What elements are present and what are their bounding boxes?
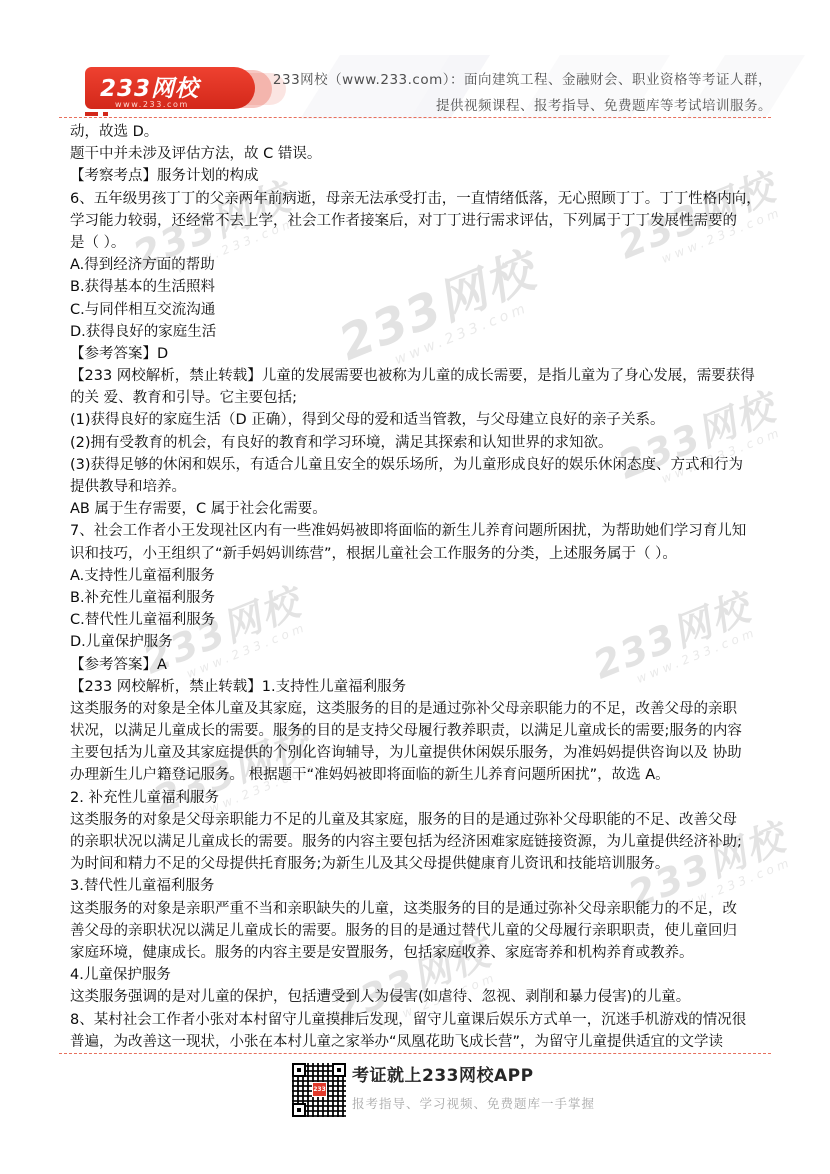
analysis-line: 【233 网校解析，禁止转载】1.支持性儿童福利服务	[70, 676, 775, 698]
analysis-line: 这类服务的对象是父母亲职能力不足的儿童及其家庭，服务的目的是通过弥补父母职能的不…	[70, 809, 775, 831]
analysis-line: 这类服务的对象是亲职严重不当和亲职缺失的儿童，这类服务的目的是通过弥补父母亲职能…	[70, 898, 775, 920]
analysis-line: 状况，以满足儿童成长的需要。服务的目的是支持父母履行教养职责，以满足儿童成长的需…	[70, 720, 775, 742]
option-b: B.获得基本的生活照料	[70, 276, 775, 298]
analysis-line: 3.替代性儿童福利服务	[70, 875, 775, 897]
document-content: 动，故选 D。 题干中并未涉及评估方法，故 C 错误。 【考察考点】服务计划的构…	[70, 121, 775, 1053]
question-8-line: 普遍，为改善这一现状，小张在本村儿童之家举办“凤凰花助飞成长营”，为留守儿童提供…	[70, 1031, 775, 1053]
analysis-line: AB 属于生存需要，C 属于社会化需要。	[70, 498, 775, 520]
question-7-line: 识和技巧，小王组织了“新手妈妈训练营”，根据儿童社会工作服务的分类，上述服务属于…	[70, 543, 775, 565]
option-c: C.与同伴相互交流沟通	[70, 299, 775, 321]
footer-divider	[59, 1053, 771, 1054]
option-a: A.支持性儿童福利服务	[70, 565, 775, 587]
logo-dash	[85, 112, 98, 116]
analysis-line: (2)拥有受教育的机会，有良好的教育和学习环境，满足其探索和认知世界的求知欲。	[70, 432, 775, 454]
brand-logo-text: 233网校	[100, 70, 255, 103]
option-b: B.补充性儿童福利服务	[70, 587, 775, 609]
answer-line: 【参考答案】D	[70, 343, 775, 365]
qr-code: 233	[292, 1063, 346, 1117]
footer-text-block: 考证就上233网校APP 报考指导、学习视频、免费题库一手掌握	[352, 1061, 595, 1112]
analysis-line: 提供教导和培养。	[70, 476, 775, 498]
page-footer: 233 考证就上233网校APP 报考指导、学习视频、免费题库一手掌握	[0, 1055, 830, 1174]
header-tagline: 233网校（www.233.com）：面向建筑工程、金融财会、职业资格等考证人群…	[273, 67, 772, 119]
qr-finder-icon	[332, 1063, 346, 1077]
analysis-line: 的关 爱、教育和引导。它主要包括;	[70, 387, 775, 409]
analysis-line: 为时间和精力不足的父母提供托育服务;为新生儿及其父母提供健康育儿资讯和技能培训服…	[70, 853, 775, 875]
analysis-line: 主要包括为儿童及其家庭提供的个别化咨询辅导，为儿童提供休闲娱乐服务，为准妈妈提供…	[70, 742, 775, 764]
question-6-line: 是（ ）。	[70, 232, 775, 254]
option-c: C.替代性儿童福利服务	[70, 609, 775, 631]
answer-line: 【参考答案】A	[70, 654, 775, 676]
analysis-line: 这类服务强调的是对儿童的保护，包括遭受到人为侵害(如虐待、忽视、剥削和暴力侵害)…	[70, 986, 775, 1008]
analysis-line: 【233 网校解析，禁止转载】儿童的发展需要也被称为儿童的成长需要，是指儿童为了…	[70, 365, 775, 387]
document-page: 233网校 www.233.com 233网校（www.233.com）：面向建…	[0, 0, 830, 1174]
qr-finder-icon	[292, 1063, 306, 1077]
analysis-line: 2. 补充性儿童福利服务	[70, 787, 775, 809]
analysis-line: 家庭环境，健康成长。服务的内容主要是安置服务，包括家庭收养、家庭寄养和机构养育或…	[70, 942, 775, 964]
analysis-line: 4.儿童保护服务	[70, 964, 775, 986]
question-7-line: 7、社会工作者小王发现社区内有一些准妈妈被即将面临的新生儿养育问题所困扰，为帮助…	[70, 520, 775, 542]
page-header: 233网校 www.233.com 233网校（www.233.com）：面向建…	[0, 0, 830, 120]
question-8-line: 8、某村社会工作者小张对本村留守儿童摸排后发现，留守儿童课后娱乐方式单一，沉迷手…	[70, 1009, 775, 1031]
brand-logo-domain: www.233.com	[115, 100, 255, 109]
analysis-line: 办理新生儿户籍登记服务。 根据题干“准妈妈被即将面临的新生儿养育问题所困扰”，故…	[70, 764, 775, 786]
brand-logo: 233网校 www.233.com	[85, 67, 255, 109]
option-d: D.儿童保护服务	[70, 631, 775, 653]
analysis-line: 这类服务的对象是全体儿童及其家庭，这类服务的目的是通过弥补父母亲职能力的不足，改…	[70, 698, 775, 720]
analysis-line: (3)获得足够的休闲和娱乐，有适合儿童且安全的娱乐场所，为儿童形成良好的娱乐休闲…	[70, 454, 775, 476]
option-d: D.获得良好的家庭生活	[70, 321, 775, 343]
logo-dash	[103, 112, 108, 116]
tagline-line-1: 233网校（www.233.com）：面向建筑工程、金融财会、职业资格等考证人群…	[273, 67, 772, 93]
header-divider	[59, 117, 771, 118]
exam-point-line: 【考察考点】服务计划的构成	[70, 165, 775, 187]
question-6-line: 6、五年级男孩丁丁的父亲两年前病逝，母亲无法承受打击，一直情绪低落，无心照顾丁丁…	[70, 188, 775, 210]
footer-subtitle: 报考指导、学习视频、免费题库一手掌握	[352, 1094, 595, 1112]
option-a: A.得到经济方面的帮助	[70, 254, 775, 276]
analysis-line: 善父母的亲职状况以满足儿童成长的需要。服务的目的是通过替代儿童的父母履行亲职职责…	[70, 920, 775, 942]
analysis-line: 的亲职状况以满足儿童成长的需要。服务的内容主要包括为经济困难家庭链接资源，为儿童…	[70, 831, 775, 853]
analysis-line: (1)获得良好的家庭生活（D 正确），得到父母的爱和适当管教，与父母建立良好的亲…	[70, 409, 775, 431]
text-line: 题干中并未涉及评估方法，故 C 错误。	[70, 143, 775, 165]
question-6-line: 学习能力较弱，还经常不去上学，社会工作者接案后，对丁丁进行需求评估，下列属于丁丁…	[70, 210, 775, 232]
text-line: 动，故选 D。	[70, 121, 775, 143]
qr-center-logo: 233	[312, 1082, 327, 1097]
tagline-line-2: 提供视频课程、报考指导、免费题库等考试培训服务。	[273, 93, 772, 119]
footer-title: 考证就上233网校APP	[352, 1061, 595, 1086]
qr-finder-icon	[292, 1103, 306, 1117]
